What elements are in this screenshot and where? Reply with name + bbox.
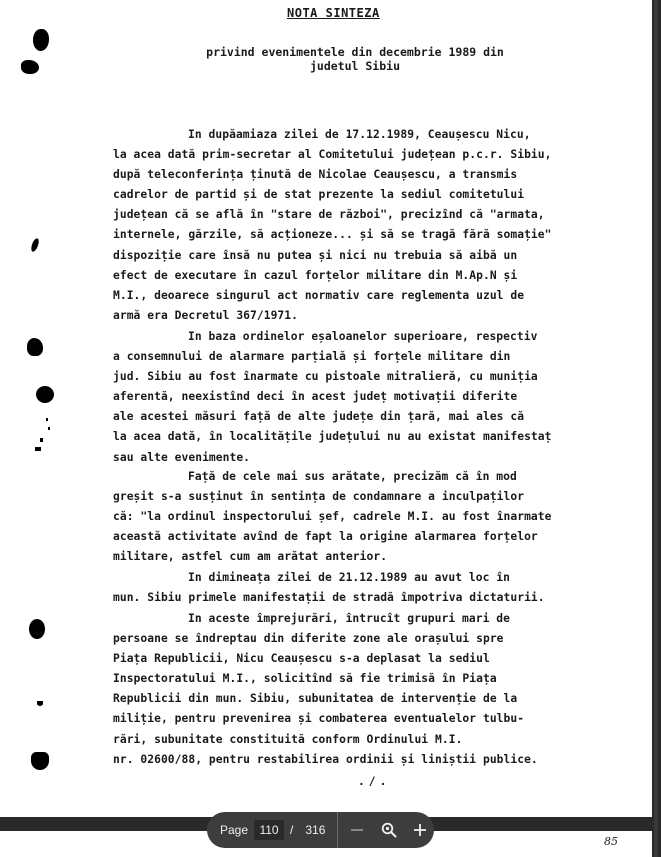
text-line: greșit s-a susținut în sentința de conda… <box>113 487 652 507</box>
text-line: In dupăamiaza zilei de 17.12.1989, Ceauș… <box>113 125 652 145</box>
continuation-mark: ./. <box>358 772 390 792</box>
scan-artifact <box>21 60 39 74</box>
text-line: mun. Sibiu primele manifestații de strad… <box>113 588 652 608</box>
scan-artifact <box>36 386 54 403</box>
scan-artifact <box>33 29 49 51</box>
text-line: miliție, pentru prevenirea și combaterea… <box>113 709 652 729</box>
text-line: dispoziție care însă nu putea și nici nu… <box>113 246 652 266</box>
text-line: Față de cele mai sus arătate, precizăm c… <box>113 467 652 487</box>
text-line: sau alte evenimente. <box>113 448 652 468</box>
text-line: efect de executare în cazul forțelor mil… <box>113 266 652 286</box>
text-line: Inspectoratului M.I., solicitînd să fie … <box>113 669 652 689</box>
text-line: că: "la ordinul inspectorului șef, cadre… <box>113 507 652 527</box>
text-line: militare, astfel cum am arătat anterior. <box>113 547 652 567</box>
page-number-handwritten: 85 <box>604 835 618 848</box>
text-line: la acea dată prim-secretar al Comitetulu… <box>113 145 652 165</box>
scan-artifact <box>37 701 43 706</box>
document-subtitle: privind evenimentele din decembrie 1989 … <box>165 45 545 73</box>
paragraph: In baza ordinelor eșaloanelor superioare… <box>113 327 652 468</box>
pdf-viewer: NOTA SINTEZA privind evenimentele din de… <box>0 0 661 857</box>
text-line: aferentă, neexistînd deci în acest județ… <box>113 387 652 407</box>
text-line: internele, gărzile, să acționeze... și s… <box>113 225 652 245</box>
paragraph: In aceste împrejurări, întrucît grupuri … <box>113 609 652 770</box>
scan-artifact <box>35 447 41 451</box>
magnifier-icon <box>381 822 397 838</box>
paragraph: In dimineața zilei de 21.12.1989 au avut… <box>113 568 652 608</box>
text-line: această activitate avînd de fapt la orig… <box>113 527 652 547</box>
scan-artifact <box>29 619 45 639</box>
scrollbar-thumb[interactable] <box>654 0 658 857</box>
text-line: M.I., deoarece singurul act normativ car… <box>113 286 652 306</box>
text-line: persoane se îndreptau din diferite zone … <box>113 629 652 649</box>
text-line: jud. Sibiu au fost înarmate cu pistoale … <box>113 367 652 387</box>
minus-icon <box>350 823 364 837</box>
page-toolbar: Page / 316 <box>207 812 434 848</box>
text-line: In aceste împrejurări, întrucît grupuri … <box>113 609 652 629</box>
scan-artifact <box>48 427 50 430</box>
page-separator: / <box>290 823 293 837</box>
text-line: a consemnului de alarmare parțială și fo… <box>113 347 652 367</box>
scan-artifact <box>30 237 40 252</box>
text-line: armă era Decretul 367/1971. <box>113 306 652 326</box>
text-line: județean că se află în "stare de război"… <box>113 205 652 225</box>
scan-artifact <box>27 338 43 356</box>
text-line: nr. 02600/88, pentru restabilirea ordini… <box>113 750 652 770</box>
text-line: In baza ordinelor eșaloanelor superioare… <box>113 327 652 347</box>
text-line: Republicii din mun. Sibiu, subunitatea d… <box>113 689 652 709</box>
document-title: NOTA SINTEZA <box>287 6 380 20</box>
text-line: In dimineața zilei de 21.12.1989 au avut… <box>113 568 652 588</box>
zoom-in-button[interactable] <box>406 815 434 845</box>
zoom-fit-button[interactable] <box>375 815 403 845</box>
scan-artifact <box>31 752 49 770</box>
paragraph: Față de cele mai sus arătate, precizăm c… <box>113 467 652 567</box>
scan-artifact <box>40 438 43 442</box>
page-label: Page <box>220 823 248 837</box>
plus-icon <box>413 823 427 837</box>
zoom-out-button[interactable] <box>343 815 371 845</box>
text-line: cadrelor de partid și de stat prezente l… <box>113 185 652 205</box>
total-pages: 316 <box>305 823 325 837</box>
text-line: după teleconferința ținută de Nicolae Ce… <box>113 165 652 185</box>
document-page: NOTA SINTEZA privind evenimentele din de… <box>0 0 652 817</box>
text-line: ale acestei măsuri față de alte județe d… <box>113 407 652 427</box>
text-line: rări, subunitate constituită conform Ord… <box>113 730 652 750</box>
scan-artifact <box>46 418 48 421</box>
text-line: la acea dată, în localitățile județului … <box>113 427 652 447</box>
toolbar-divider <box>337 812 338 848</box>
paragraph: In dupăamiaza zilei de 17.12.1989, Ceauș… <box>113 125 652 326</box>
text-line: Piața Republicii, Nicu Ceaușescu s-a dep… <box>113 649 652 669</box>
page-number-input[interactable] <box>254 820 284 840</box>
